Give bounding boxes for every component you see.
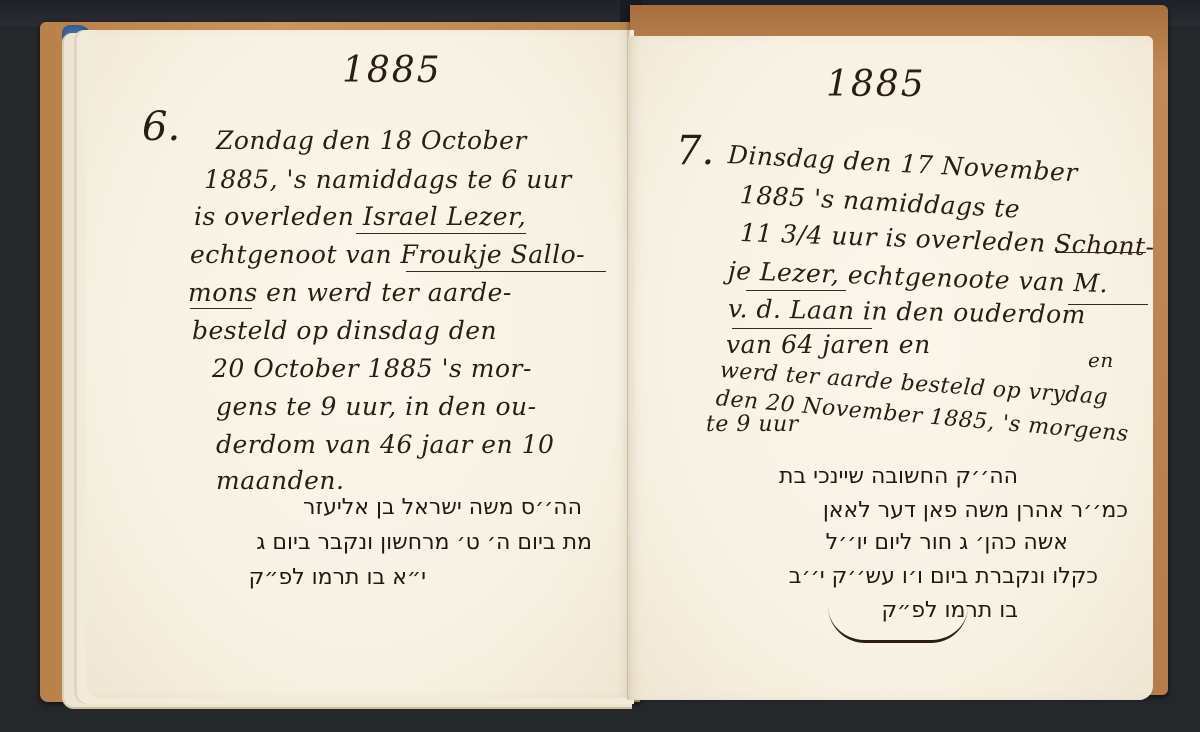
left-page: 1885 6. Zondag den 18 October 1885, 's n… xyxy=(86,30,630,698)
right-hebrew-line-1: הה׳׳ק החשובה שיינכי בת xyxy=(718,464,1018,489)
right-page-year: 1885 xyxy=(826,64,926,105)
underline-froukje xyxy=(406,271,606,272)
right-hebrew-line-2: כמ׳׳ר אהרן משה פאן דער לאאן xyxy=(708,498,1128,523)
right-line-5: v. d. Laan in den ouderdom xyxy=(728,294,1086,329)
right-line-2: 1885 's namiddags te xyxy=(739,180,1021,224)
right-line-3: 11 3/4 uur is overleden Schont- xyxy=(739,218,1155,261)
underline-israel-lezer xyxy=(356,233,526,234)
right-line-1: Dinsdag den 17 November xyxy=(727,140,1078,187)
left-line-2: 1885, 's namiddags te 6 uur xyxy=(204,165,572,194)
right-margin-insert: en xyxy=(1088,348,1114,372)
left-line-3-text: is overleden Israel Lezer, xyxy=(194,202,526,231)
underline-je-lezer xyxy=(746,290,846,291)
right-entry-number: 7. xyxy=(676,128,714,174)
underline-vd-laan xyxy=(732,328,872,329)
signature-flourish xyxy=(828,606,968,643)
left-hebrew-line-2: מת ביום ה׳ ט׳ מרחשון ונקבר ביום ג xyxy=(122,530,592,555)
left-line-4: echtgenoot van Froukje Sallo- xyxy=(190,240,585,269)
underline-schont xyxy=(1056,252,1146,253)
underline-m xyxy=(1068,304,1148,305)
left-line-3: is overleden Israel Lezer, xyxy=(194,202,526,231)
right-line-4: je Lezer, echtgenoote van M. xyxy=(727,256,1108,298)
left-page-year: 1885 xyxy=(342,50,442,91)
right-hebrew-line-3: אשה כהן׳ ג חור ליום יו׳׳ל xyxy=(708,530,1068,555)
left-line-1: Zondag den 18 October xyxy=(216,126,527,155)
left-line-9: derdom van 46 jaar en 10 xyxy=(216,430,554,459)
right-line-9: te 9 uur xyxy=(706,412,799,437)
right-hebrew-line-4: כקלו ונקברת ביום ו׳ו עש׳׳ק י׳׳ב xyxy=(698,564,1098,589)
left-line-8: gens te 9 uur, in den ou- xyxy=(216,392,537,421)
left-entry-number: 6. xyxy=(142,104,180,150)
right-line-6: van 64 jaren en xyxy=(726,330,931,359)
underline-mons xyxy=(190,308,252,309)
left-hebrew-line-1: הה׳׳ס משה ישראל בן אליעזר xyxy=(122,495,582,520)
left-line-6: besteld op dinsdag den xyxy=(192,316,497,345)
left-line-10: maanden. xyxy=(216,466,344,495)
left-hebrew-line-3: י״א בו תרמו לפ״ק xyxy=(176,565,426,590)
left-line-5: mons en werd ter aarde- xyxy=(188,278,512,307)
right-page: 1885 7. Dinsdag den 17 November 1885 's … xyxy=(628,36,1153,700)
left-line-7: 20 October 1885 's mor- xyxy=(212,354,532,383)
